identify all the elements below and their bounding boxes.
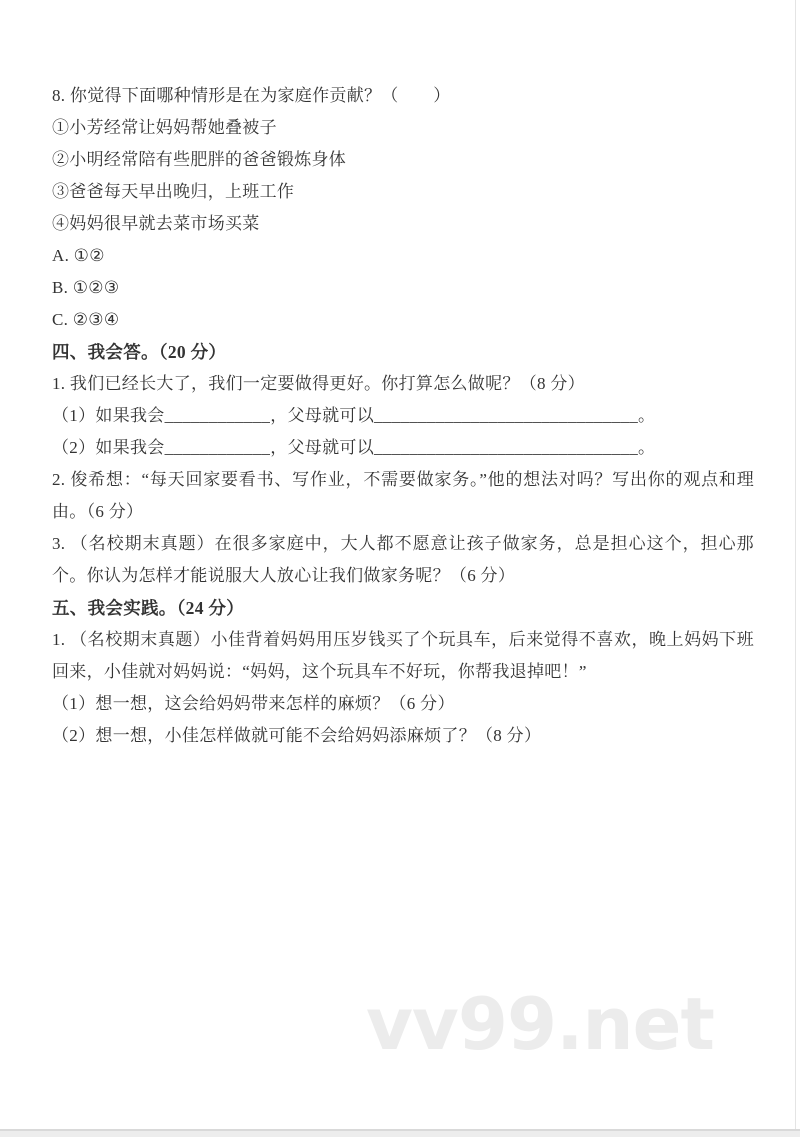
document-content: 8. 你觉得下面哪种情形是在为家庭作贡献？（ ） ①小芳经常让妈妈帮她叠被子 ②… [52,80,754,752]
question-8-stem: 8. 你觉得下面哪种情形是在为家庭作贡献？（ ） [52,80,754,112]
question-8-choice-c: C. ②③④ [52,304,754,336]
section-5-q1-sub-1: （1）想一想，这会给妈妈带来怎样的麻烦？（6 分） [52,688,754,720]
section-4-q1-blank-line-1: （1）如果我会____________，父母就可以_______________… [52,400,754,432]
question-8-item-1: ①小芳经常让妈妈帮她叠被子 [52,112,754,144]
page-right-edge-line [795,0,796,1137]
site-watermark: vv99.net [366,988,714,1060]
section-5-heading: 五、我会实践。（24 分） [52,592,754,624]
section-4-q1-blank-line-2: （2）如果我会____________，父母就可以_______________… [52,432,754,464]
question-8-item-2: ②小明经常陪有些肥胖的爸爸锻炼身体 [52,144,754,176]
section-4-q1-stem: 1. 我们已经长大了，我们一定要做得更好。你打算怎么做呢？（8 分） [52,368,754,400]
exam-paper-page: 8. 你觉得下面哪种情形是在为家庭作贡献？（ ） ①小芳经常让妈妈帮她叠被子 ②… [0,0,800,1137]
section-4-heading: 四、我会答。（20 分） [52,336,754,368]
question-8-item-4: ④妈妈很早就去菜市场买菜 [52,208,754,240]
page-break-strip [0,1129,800,1137]
section-4-q3: 3. （名校期末真题）在很多家庭中，大人都不愿意让孩子做家务，总是担心这个，担心… [52,528,754,592]
question-8-choice-b: B. ①②③ [52,272,754,304]
question-8-item-3: ③爸爸每天早出晚归，上班工作 [52,176,754,208]
section-4-q2: 2. 俊希想：“每天回家要看书、写作业，不需要做家务。”他的想法对吗？写出你的观… [52,464,754,528]
section-5-q1-stem: 1. （名校期末真题）小佳背着妈妈用压岁钱买了个玩具车，后来觉得不喜欢，晚上妈妈… [52,624,754,688]
section-5-q1-sub-2: （2）想一想，小佳怎样做就可能不会给妈妈添麻烦了？（8 分） [52,720,754,752]
question-8-choice-a: A. ①② [52,240,754,272]
